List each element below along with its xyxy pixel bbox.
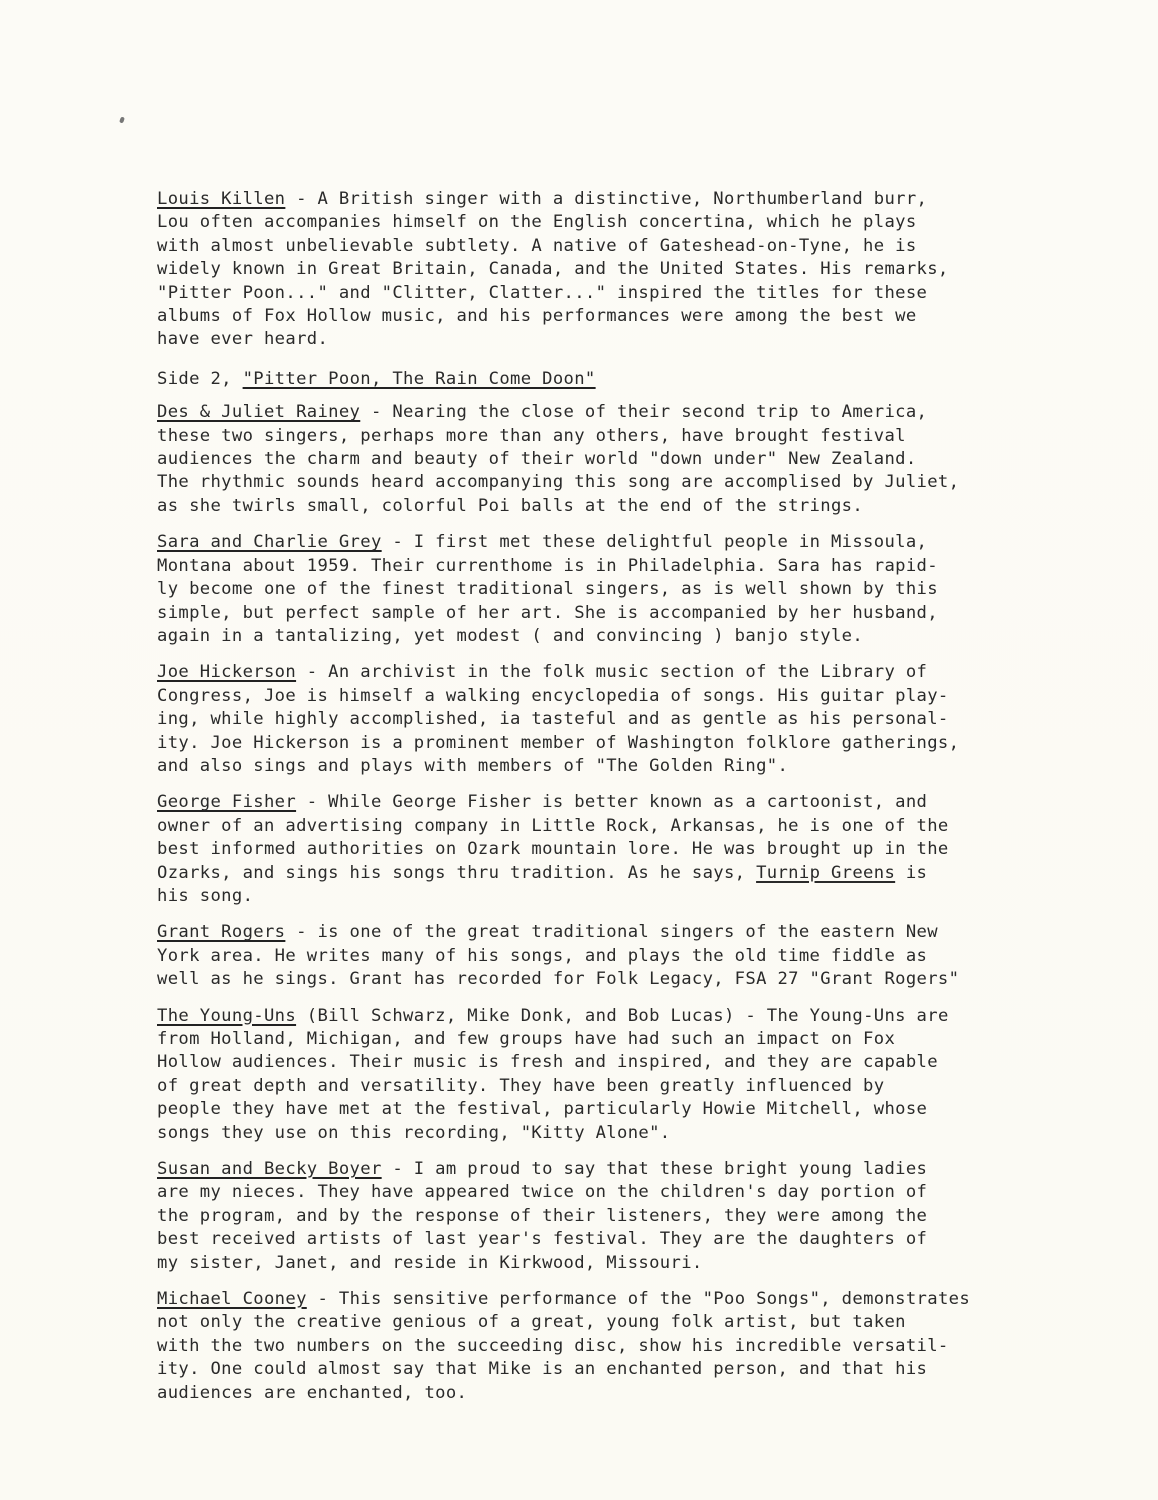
separator: - xyxy=(296,662,328,682)
entry-michael-cooney: Michael Cooney - This sensitive performa… xyxy=(157,1288,1117,1405)
performer-name: Louis Killen xyxy=(157,189,285,209)
performer-name: Des & Juliet Rainey xyxy=(157,402,360,422)
document-body: Louis Killen - A British singer with a d… xyxy=(157,188,1117,1418)
entry-sara-charlie-grey: Sara and Charlie Grey - I first met thes… xyxy=(157,531,1117,648)
entry-text: (Bill Schwarz, Mike Donk, and Bob Lucas)… xyxy=(157,1006,949,1143)
separator: - xyxy=(307,1289,339,1309)
separator: - xyxy=(360,402,392,422)
performer-name: George Fisher xyxy=(157,792,296,812)
entry-louis-killen: Louis Killen - A British singer with a d… xyxy=(157,188,1117,352)
separator: - xyxy=(285,189,317,209)
typed-page: Louis Killen - A British singer with a d… xyxy=(0,0,1158,1500)
entry-text: A British singer with a distinctive, Nor… xyxy=(157,189,949,349)
side-heading: Side 2, "Pitter Poon, The Rain Come Doon… xyxy=(157,368,1117,391)
performer-name: Grant Rogers xyxy=(157,922,285,942)
performer-name: Sara and Charlie Grey xyxy=(157,532,382,552)
entry-grant-rogers: Grant Rogers - is one of the great tradi… xyxy=(157,921,1117,991)
entry-joe-hickerson: Joe Hickerson - An archivist in the folk… xyxy=(157,661,1117,778)
song-title: Turnip Greens xyxy=(756,863,895,883)
separator: - xyxy=(382,1159,414,1179)
performer-name: Joe Hickerson xyxy=(157,662,296,682)
performer-name: The Young-Uns xyxy=(157,1006,296,1026)
entry-the-young-uns: The Young-Uns (Bill Schwarz, Mike Donk, … xyxy=(157,1005,1117,1145)
side-label: Side 2, xyxy=(157,369,243,389)
separator xyxy=(296,1006,307,1026)
performer-name: Susan and Becky Boyer xyxy=(157,1159,382,1179)
entry-susan-becky-boyer: Susan and Becky Boyer - I am proud to sa… xyxy=(157,1158,1117,1275)
entry-des-juliet-rainey: Des & Juliet Rainey - Nearing the close … xyxy=(157,401,1117,518)
separator: - xyxy=(296,792,328,812)
separator: - xyxy=(382,532,414,552)
side-title: "Pitter Poon, The Rain Come Doon" xyxy=(243,369,596,389)
separator: - xyxy=(285,922,317,942)
paper-speck xyxy=(119,116,125,123)
entry-george-fisher: George Fisher - While George Fisher is b… xyxy=(157,791,1117,908)
performer-name: Michael Cooney xyxy=(157,1289,307,1309)
